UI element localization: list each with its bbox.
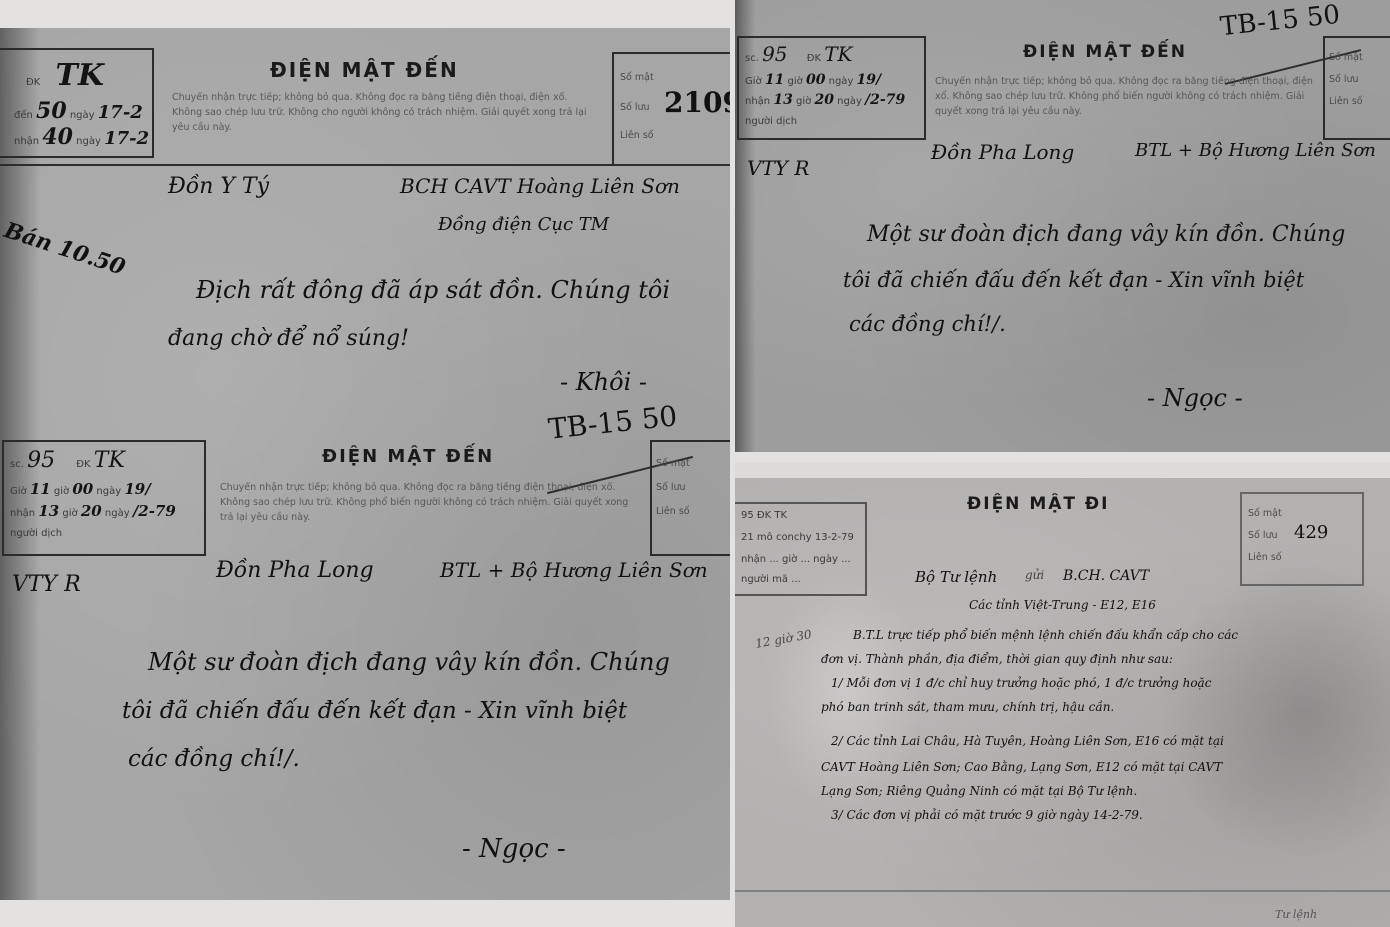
side-label: Số mật [656, 458, 690, 469]
row-label: người dịch [10, 528, 62, 539]
telegram-title: ĐIỆN MẬT ĐẾN [322, 446, 494, 467]
row-day: 17-2 [104, 128, 149, 149]
stamp-number: TB-15 50 [547, 399, 679, 445]
message-line: đơn vị. Thành phần, địa điểm, thời gian … [821, 652, 1173, 666]
signature: - Ngọc - [1147, 384, 1243, 412]
meta-row: người mã ... [741, 574, 801, 585]
row-day-label: ngày [70, 110, 95, 121]
page-margin [735, 462, 1390, 478]
dk-value: TK [56, 58, 104, 93]
row-label: nhận [14, 136, 39, 147]
message-line: B.T.L trực tiếp phổ biến mệnh lệnh chiến… [853, 628, 1238, 642]
row-label: sc. [10, 459, 24, 470]
sender-post: Đồn Pha Long [931, 140, 1074, 164]
row-label: Giờ [745, 76, 762, 87]
dk-label: ĐK [26, 77, 40, 88]
meta-row: 95 ĐK TK [741, 510, 787, 521]
signature: - Ngọc - [462, 834, 566, 864]
row-value: 95 [762, 42, 787, 66]
sender-post: Đồn Pha Long [216, 558, 374, 583]
side-label: Liên số [1248, 552, 1282, 563]
meta-box: sc. 95 ĐK TK Giờ 11 giờ 00 ngày 19/ nhận… [737, 36, 926, 140]
side-label: Số lưu [620, 102, 650, 113]
row-label: người dịch [745, 116, 797, 127]
shadow [1155, 562, 1390, 862]
row-label: nhận [745, 96, 770, 107]
footer-fragment: Tư lệnh [1275, 908, 1317, 921]
telegram-title: ĐIỆN MẬT ĐẾN [1023, 42, 1187, 62]
row-value: 00 [806, 72, 825, 88]
message-line: Địch rất đông đã áp sát đồn. Chúng tôi [196, 276, 670, 304]
row-value: 95 [27, 448, 55, 473]
row-value: 11 [765, 72, 784, 88]
message-line: các đồng chí!/. [128, 746, 300, 772]
side-label: Số mật [620, 72, 654, 83]
message-line: Một sư đoàn địch đang vây kín đồn. Chúng [148, 648, 670, 676]
recipient-line2: Đồng điện Cục TM [438, 214, 609, 235]
meta-box: 95 ĐK TK 21 mô conchy 13-2-79 nhận ... g… [735, 502, 867, 596]
row-value: 13 [38, 502, 59, 520]
row-day: 17-2 [98, 102, 143, 123]
dk-value: TK [94, 448, 125, 473]
message-line: phó ban trinh sát, tham mưu, chính trị, … [821, 700, 1114, 714]
row-day-label: ngày [837, 96, 862, 107]
side-label: Số lưu [656, 482, 686, 493]
message-line: Một sư đoàn địch đang vây kín đồn. Chúng [867, 222, 1345, 247]
telegram-notice: Chuyển nhận trực tiếp; không bỏ qua. Khô… [172, 90, 592, 135]
recipient: BTL + Bộ Hương Liên Sơn [1135, 140, 1376, 161]
row-label: sc. [745, 53, 759, 64]
meta-row: nhận ... giờ ... ngày ... [741, 554, 851, 565]
recipient: BCH CAVT Hoàng Liên Sơn [400, 174, 680, 198]
archive-number: 429 [1294, 522, 1328, 543]
row-day: /2-79 [133, 502, 176, 520]
meta-box: ĐK TK đến 50 ngày 17-2 nhận 40 ngày 17-2 [0, 48, 154, 158]
dk-label: ĐK [807, 53, 821, 64]
message-line: Lạng Sơn; Riêng Quảng Ninh có mặt tại Bộ… [821, 784, 1137, 798]
fold-line [735, 890, 1390, 892]
row-label: giờ [62, 508, 77, 519]
side-label: Số mật [1329, 52, 1363, 63]
shadow [765, 572, 925, 812]
row-value: 00 [72, 480, 93, 498]
side-label: Số lưu [1329, 74, 1359, 85]
recipient: B.CH. CAVT [1063, 568, 1149, 584]
row-day-label: ngày [829, 76, 854, 87]
telegram-photo-bottom-right: 95 ĐK TK 21 mô conchy 13-2-79 nhận ... g… [735, 462, 1390, 927]
side-box: Số mật Số lưu 2109 Liên số [612, 52, 730, 166]
side-label: Liên số [1329, 96, 1363, 107]
side-label: Liên số [656, 506, 690, 517]
row-day: /2-79 [865, 92, 905, 108]
row-value: 40 [42, 124, 73, 150]
row-value: 13 [773, 92, 792, 108]
telegram-title: ĐIỆN MẬT ĐI [967, 494, 1110, 514]
message-line: 3/ Các đơn vị phải có mặt trước 9 giờ ng… [831, 808, 1143, 822]
message-line: tôi đã chiến đấu đến kết đạn - Xin vĩnh … [122, 698, 627, 724]
message-line: các đồng chí!/. [849, 312, 1006, 336]
sender-post: Bộ Tư lệnh [915, 568, 997, 586]
message-line: 2/ Các tỉnh Lai Châu, Hà Tuyên, Hoàng Li… [831, 734, 1224, 748]
row-day-label: ngày [105, 508, 130, 519]
row-label: giờ [788, 76, 803, 87]
dk-value: TK [824, 42, 852, 66]
side-label: Liên số [620, 130, 654, 141]
row-label: đến [14, 110, 33, 121]
side-label: Số lưu [1248, 530, 1278, 541]
telegram-notice: Chuyển nhận trực tiếp; không bỏ qua. Khô… [220, 480, 640, 525]
telegram-photo-top-right: sc. 95 ĐK TK Giờ 11 giờ 00 ngày 19/ nhận… [735, 0, 1390, 452]
row-day: 19/ [857, 72, 882, 88]
dk-label: ĐK [76, 459, 90, 470]
row-label: giờ [796, 96, 811, 107]
row-day-label: ngày [96, 486, 121, 497]
archive-number: 2109 [664, 86, 730, 119]
to-label: gửi [1025, 568, 1044, 582]
row-value: 20 [81, 502, 102, 520]
message-line: CAVT Hoàng Liên Sơn; Cao Bằng, Lạng Sơn,… [821, 760, 1222, 774]
telegram-photo-left: ĐK TK đến 50 ngày 17-2 nhận 40 ngày 17-2… [0, 28, 730, 900]
telegram-title: ĐIỆN MẬT ĐẾN [270, 58, 459, 82]
margin-note: VTY R [747, 156, 809, 180]
side-label: Số mật [1248, 508, 1282, 519]
row-label: Giờ [10, 486, 27, 497]
recipient: BTL + Bộ Hương Liên Sơn [440, 558, 708, 582]
header-divider [0, 164, 730, 166]
telegram-notice: Chuyển nhận trực tiếp; không bỏ qua. Khô… [935, 74, 1315, 119]
row-value: 11 [30, 480, 51, 498]
row-value: 50 [36, 98, 67, 124]
row-day: 19/ [124, 480, 150, 498]
row-label: giờ [54, 486, 69, 497]
side-box: Số mật Số lưu Liên số [650, 440, 730, 556]
row-label: nhận [10, 508, 35, 519]
meta-row: 21 mô conchy 13-2-79 [741, 532, 854, 543]
row-value: 20 [814, 92, 833, 108]
sender-post: Đồn Y Tý [168, 174, 269, 199]
meta-box: sc. 95 ĐK TK Giờ 11 giờ 00 ngày 19/ nhận… [2, 440, 206, 556]
message-line: đang chờ để nổ súng! [168, 326, 409, 351]
recipient-line2: Các tỉnh Việt-Trung - E12, E16 [969, 598, 1156, 612]
signature: - Khôi - [560, 368, 647, 396]
row-day-label: ngày [76, 136, 101, 147]
side-box: Số mật Số lưu Liên số [1323, 36, 1390, 140]
message-line: tôi đã chiến đấu đến kết đạn - Xin vĩnh … [843, 268, 1304, 292]
side-box: Số mật Số lưu 429 Liên số [1240, 492, 1364, 586]
message-line: 1/ Mỗi đơn vị 1 đ/c chỉ huy trưởng hoặc … [831, 676, 1211, 690]
margin-note: VTY R [12, 572, 81, 597]
